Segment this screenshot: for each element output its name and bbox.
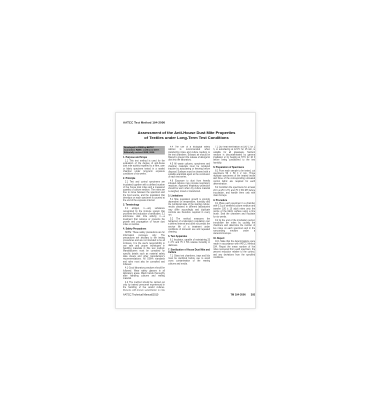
body-paragraph: 4.1 Good laboratory practices should be …: [123, 267, 165, 280]
section-heading: 9. Procedure: [213, 199, 255, 202]
section-heading: 6. Test Apparatus: [168, 235, 210, 238]
section-heading: 3. Terminology: [123, 204, 165, 207]
body-paragraph: 9.2 At the end of the incubation period,…: [213, 219, 255, 235]
section-heading: 5. Limitations: [168, 195, 210, 198]
body-paragraph: 6.1 Incubator, capable of maintaining 25…: [168, 239, 210, 247]
body-paragraph: 4.4 The use of a biological safety cabin…: [168, 146, 210, 162]
text-columns: Developed in 2006 by AATCC Committee RA9…: [123, 146, 255, 291]
section-heading: 10. Report: [213, 237, 255, 240]
body-paragraph: 7.1 Glass test chambers, trays and lids …: [168, 255, 210, 266]
page-content: AATCC Test Method 194-2006 Assessment of…: [116, 113, 256, 309]
section-heading: 8. Preparation of Specimens: [213, 166, 255, 169]
section-heading: 2. Principle: [123, 177, 165, 180]
text-column-middle: 4.4 The use of a biological safety cabin…: [168, 146, 210, 291]
section-heading: 4. Safety Precautions: [123, 228, 165, 231]
text-column-left: Developed in 2006 by AATCC Committee RA9…: [123, 146, 165, 291]
footer-page-number: 393: [251, 293, 255, 296]
body-paragraph: 2.1 Test and control specimens are incub…: [123, 181, 165, 202]
body-paragraph: 7.2 Dry heat sterilization at 180°C for …: [213, 146, 255, 165]
body-paragraph: 1.1 This test method is used for the eva…: [123, 160, 165, 176]
body-paragraph: 4.5 All waste cultures, specimens and ch…: [168, 163, 210, 179]
document-title-line2: of Textiles under Long-Term Test Conditi…: [119, 135, 254, 140]
footer-right-group: TM 194-2006 393: [230, 293, 255, 296]
body-paragraph: 4.6 Exposure to dust from heavily infest…: [168, 180, 210, 193]
body-paragraph: 9.1 Place each specimen in a chamber wit…: [213, 203, 255, 219]
footer-manual-label: AATCC Technical Manual/2010: [123, 293, 158, 296]
body-paragraph: 10.1 State that the determinations were …: [213, 241, 255, 260]
body-paragraph: 8.2 Condition the specimens for at least…: [213, 187, 255, 198]
body-paragraph: 5.1 Mite population growth is strongly d…: [168, 198, 210, 217]
body-paragraph: NOTE: These safety precautions are for i…: [123, 231, 165, 265]
body-paragraph: 5.2 The method measures the behaviour of…: [168, 218, 210, 234]
body-paragraph: 4.2 The method should be carried out onl…: [123, 281, 165, 291]
text-column-right: 7.2 Dry heat sterilization at 180°C for …: [213, 146, 255, 291]
body-paragraph: 8.1 From each sample to be tested, cut s…: [213, 170, 255, 186]
document-title: Assessment of the Anti-House Dust Mite P…: [119, 131, 254, 141]
document-page: AATCC Test Method 194-2006 Assessment of…: [115, 112, 256, 309]
page-footer: AATCC Technical Manual/2010 TM 194-2006 …: [123, 293, 255, 296]
footer-method-label: TM 194-2006: [230, 293, 245, 296]
section-heading: 1. Purpose and Scope: [123, 156, 165, 159]
method-number-header: AATCC Test Method 194-2006: [123, 121, 165, 124]
section-heading: 7. Sterilization of House Dust Mite and …: [168, 248, 210, 253]
body-paragraph: 3.1 antigen, n.—any substance recognized…: [123, 208, 165, 227]
developed-credit-box: Developed in 2006 by AATCC Committee RA9…: [123, 146, 165, 155]
